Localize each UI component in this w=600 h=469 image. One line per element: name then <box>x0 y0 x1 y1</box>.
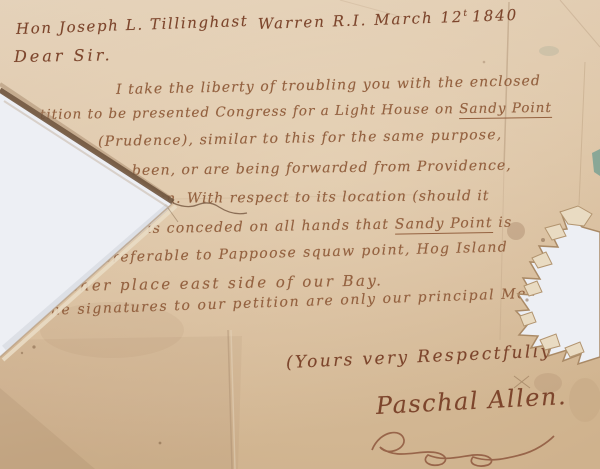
underlined-phrase: Sandy Point <box>395 215 493 235</box>
body-line-7: preferable to Pappoose squaw point, Hog … <box>102 239 509 266</box>
body-line-4: been, or are being forwarded from Provid… <box>132 158 512 179</box>
closing-text: (Yours very Respectfully <box>286 341 553 373</box>
body-line-2: tition to be presented Congress for a Li… <box>40 100 552 123</box>
body-line-8: other place east side of our Bay. <box>60 271 384 295</box>
body-text: been, or are being forwarded from Provid… <box>132 158 512 179</box>
body-text: other place east side of our Bay. <box>60 271 384 295</box>
salutation-line: Dear Sir. <box>14 45 113 66</box>
closing-line: (Yours very Respectfully <box>286 341 553 373</box>
body-line-1: I take the liberty of troubling you with… <box>116 73 541 98</box>
body-text: (Prudence), similar to this for the same… <box>98 127 503 150</box>
letter-photograph: Hon Joseph L. Tillinghast Warren R.I. Ma… <box>0 0 600 469</box>
signature-line: Paschal Allen. <box>375 382 567 420</box>
underlined-phrase: Sandy Point <box>459 100 552 119</box>
signature-text: Paschal Allen. <box>375 382 567 420</box>
date-year: 1840 <box>472 6 519 26</box>
body-text: preferable to Pappoose squaw point, Hog … <box>102 239 509 266</box>
body-line-5: ton. With respect to its location (shoul… <box>150 188 490 207</box>
date-ordinal-suffix: t <box>463 9 467 19</box>
body-text: ton. With respect to its location (shoul… <box>150 188 490 207</box>
handwriting-layer: Hon Joseph L. Tillinghast Warren R.I. Ma… <box>0 0 600 469</box>
body-line-3: (Prudence), similar to this for the same… <box>98 127 503 150</box>
recipient-name: Hon Joseph L. Tillinghast <box>16 12 249 38</box>
body-text: is <box>493 215 513 231</box>
place-date: Warren R.I. March 12 <box>258 8 464 33</box>
body-text: I take the liberty of troubling you with… <box>116 73 541 98</box>
recipient-line: Hon Joseph L. Tillinghast <box>16 12 249 38</box>
body-text: tition to be presented Congress for a Li… <box>40 101 459 123</box>
dateline: Warren R.I. March 12t1840 <box>258 6 519 33</box>
body-text: is conceded on all hands that <box>147 217 395 237</box>
body-line-6: is conceded on all hands that Sandy Poin… <box>147 215 513 237</box>
salutation: Dear Sir. <box>14 45 113 66</box>
